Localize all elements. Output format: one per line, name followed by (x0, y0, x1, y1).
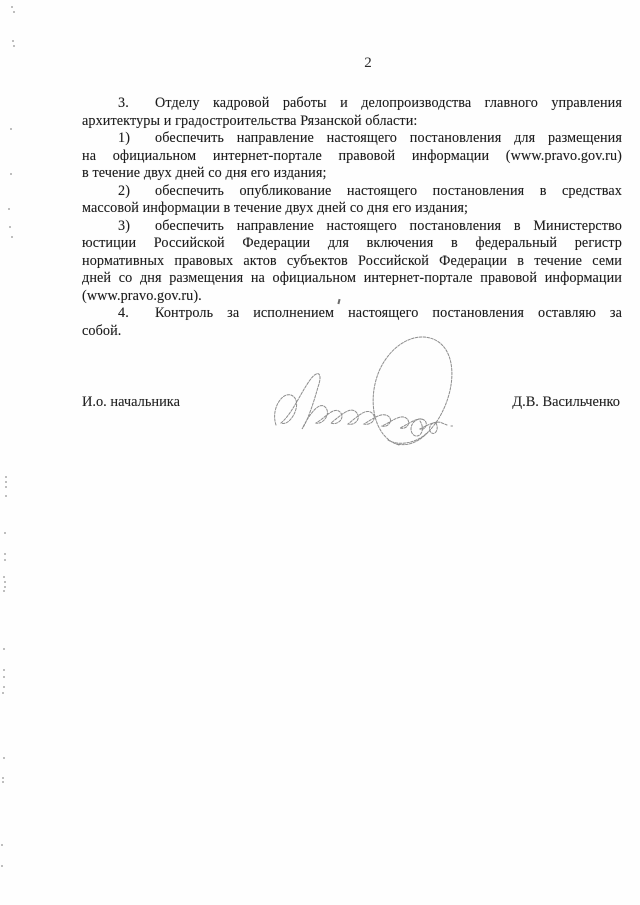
signer-position-label: И.о. начальника (82, 394, 180, 411)
line-text: обеспечить направление настоящего постан… (155, 218, 622, 234)
document-line: 3.Отделу кадровой работы и делопроизводс… (82, 95, 622, 113)
scan-speckle (2, 777, 4, 779)
paragraph-number: 3) (118, 218, 155, 236)
scan-speckle (4, 559, 6, 561)
scan-speckle (12, 40, 14, 42)
scan-speckle (5, 481, 7, 483)
page-number: 2 (340, 55, 396, 72)
line-text: обеспечить опубликование настоящего пост… (155, 183, 622, 199)
scan-speckle (3, 676, 5, 678)
paragraph-number: 1) (118, 130, 155, 148)
document-line: 1)обеспечить направление настоящего пост… (82, 130, 622, 148)
scan-speckle (9, 226, 11, 228)
handwritten-signature (270, 328, 485, 466)
scan-speckle (1, 865, 3, 867)
paragraph-item-1: 1)обеспечить направление настоящего пост… (82, 130, 622, 183)
scan-speckle (4, 586, 6, 588)
document-line: 3)обеспечить направление настоящего пост… (82, 218, 622, 236)
paragraph-3: 3.Отделу кадровой работы и делопроизводс… (82, 95, 622, 130)
paragraph-number: 3. (118, 95, 155, 113)
scan-speckle (10, 128, 12, 130)
scan-speckle (2, 781, 4, 783)
line-text: обеспечить направление настоящего постан… (155, 130, 622, 146)
scan-speckle (5, 476, 7, 478)
document-line: (www.pravo.gov.ru). (82, 288, 622, 306)
line-text: Отделу кадровой работы и делопроизводств… (155, 95, 622, 111)
document-line: дней со дня размещения на официальном ин… (82, 270, 622, 288)
scan-speckle (13, 45, 15, 47)
scan-speckle (5, 486, 7, 488)
scan-speckle (4, 553, 6, 555)
scan-speckle (1, 844, 3, 846)
document-line: в течение двух дней со дня его издания; (82, 165, 622, 183)
document-line: 4.Контроль за исполнением настоящего пос… (82, 305, 622, 323)
scan-speckle (3, 686, 5, 688)
scan-speckle (3, 648, 5, 650)
document-body: 3.Отделу кадровой работы и делопроизводс… (82, 95, 622, 340)
scan-speckle (8, 208, 10, 210)
document-line: на официальном интернет-портале правовой… (82, 148, 622, 166)
scan-speckle (13, 11, 15, 13)
signer-name-label: Д.В. Васильченко (512, 394, 620, 411)
paragraph-number: 2) (118, 183, 155, 201)
scan-speckle (3, 590, 5, 592)
document-line: массовой информации в течение двух дней … (82, 200, 622, 218)
scan-speckle (11, 6, 13, 8)
scan-speckle (4, 581, 6, 583)
scan-speckle (3, 576, 5, 578)
document-line: юстиции Российской Федерации для включен… (82, 235, 622, 253)
line-text: Контроль за исполнением настоящего поста… (155, 305, 622, 321)
scan-speckle (3, 757, 5, 759)
scan-speckle (10, 173, 12, 175)
scan-speckle (11, 236, 13, 238)
scan-speckle (5, 495, 7, 497)
document-line: архитектуры и градостроительства Рязанск… (82, 113, 622, 131)
scan-speckle (4, 532, 6, 534)
scan-speckle (2, 692, 4, 694)
document-page: 2 3.Отделу кадровой работы и делопроизво… (0, 0, 640, 905)
paragraph-item-2: 2)обеспечить опубликование настоящего по… (82, 183, 622, 218)
scan-speckle (3, 669, 5, 671)
paragraph-item-3: 3)обеспечить направление настоящего пост… (82, 218, 622, 306)
document-line: 2)обеспечить опубликование настоящего по… (82, 183, 622, 201)
document-line: нормативных правовых актов субъектов Рос… (82, 253, 622, 271)
paragraph-number: 4. (118, 305, 155, 323)
